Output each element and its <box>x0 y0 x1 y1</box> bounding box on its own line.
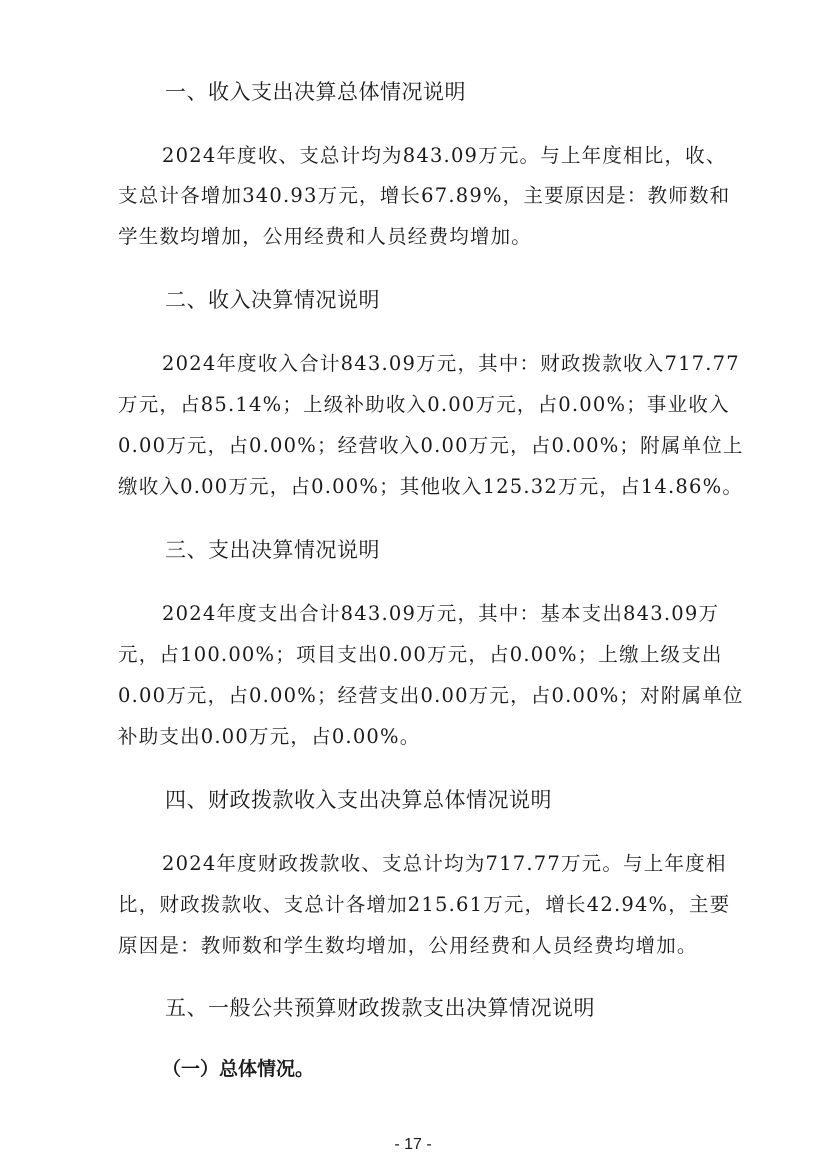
paragraph-line: 补助支出0.00万元，占0.00%。 <box>118 727 420 747</box>
section-heading-5: 五、一般公共预算财政拨款支出决算情况说明 <box>165 998 595 1019</box>
subsection-heading: （一）总体情况。 <box>162 1060 314 1079</box>
section-heading-2: 二、收入决算情况说明 <box>165 290 380 311</box>
paragraph-line: 元，占100.00%；项目支出0.00万元，占0.00%；上缴上级支出 <box>118 645 723 665</box>
section-heading-1: 一、收入支出决算总体情况说明 <box>165 82 466 103</box>
section-heading-4: 四、财政拨款收入支出决算总体情况说明 <box>165 790 552 811</box>
paragraph-line: 比，财政拨款收、支总计各增加215.61万元，增长42.94%，主要 <box>118 895 730 915</box>
section-heading-3: 三、支出决算情况说明 <box>165 540 380 561</box>
paragraph-line: 0.00万元，占0.00%；经营收入0.00万元，占0.00%；附属单位上 <box>118 436 744 456</box>
paragraph-line: 2024年度支出合计843.09万元，其中：基本支出843.09万 <box>162 604 719 624</box>
paragraph-line: 支总计各增加340.93万元，增长67.89%，主要原因是：教师数和 <box>118 186 730 206</box>
paragraph-line: 2024年度收入合计843.09万元，其中：财政拨款收入717.77 <box>162 354 740 374</box>
paragraph-line: 2024年度收、支总计均为843.09万元。与上年度相比，收、 <box>162 146 727 166</box>
page-number: - 17 - <box>0 1136 826 1154</box>
paragraph-line: 原因是：教师数和学生数均增加，公用经费和人员经费均增加。 <box>118 936 698 956</box>
paragraph-line: 缴收入0.00万元，占0.00%；其他收入125.32万元，占14.86%。 <box>118 477 743 497</box>
paragraph-line: 2024年度财政拨款收、支总计均为717.77万元。与上年度相 <box>162 854 727 874</box>
paragraph-line: 学生数均增加，公用经费和人员经费均增加。 <box>118 227 532 247</box>
paragraph-line: 万元，占85.14%；上级补助收入0.00万元，占0.00%；事业收入 <box>118 395 730 415</box>
paragraph-line: 0.00万元，占0.00%；经营支出0.00万元，占0.00%；对附属单位 <box>118 686 744 706</box>
